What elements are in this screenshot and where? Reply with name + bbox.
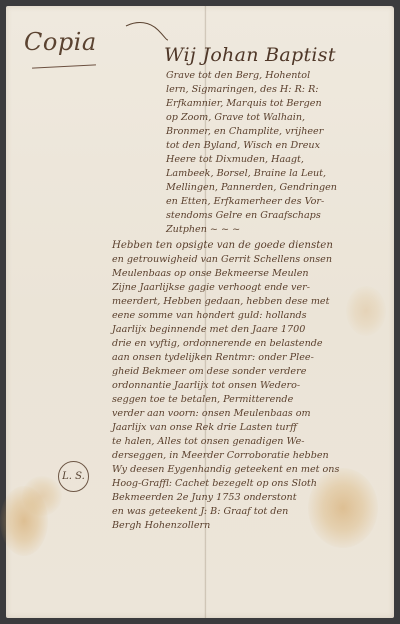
body-line: Jaarlijx beginnende met den Jaare 1700: [112, 325, 305, 335]
body-line: Zijne Jaarlijkse gagie verhoogt ende ver…: [112, 283, 310, 293]
body-line: drie en vyftig, ordonnerende en belasten…: [112, 339, 323, 349]
preamble-line: op Zoom, Grave tot Walhain,: [166, 113, 305, 123]
preamble-line: stendoms Gelre en Graafschaps: [166, 211, 321, 221]
body-line: Jaarlijx van onse Rek drie Lasten turff: [112, 423, 297, 433]
body-line: Hoog-Graffl: Cachet bezegelt op ons Slot…: [112, 479, 317, 489]
stain-mark: [346, 286, 386, 336]
body-line: en was geteekent J: B: Graaf tot den: [112, 507, 288, 517]
stain-mark: [22, 476, 62, 516]
body-line: eene somme van hondert guld: hollands: [112, 311, 307, 321]
body-line: Bekmeerden 2e Juny 1753 onderstont: [112, 493, 297, 503]
preamble-line: Erfkamnier, Marquis tot Bergen: [166, 99, 322, 109]
preamble-line: Bronmer, en Champlite, vrijheer: [166, 127, 323, 137]
flourish-decoration: [124, 20, 170, 42]
body-line: verder aan voorn: onsen Meulenbaas om: [112, 409, 311, 419]
preamble-line: Heere tot Dixmuden, Haagt,: [166, 155, 304, 165]
preamble-line: Lambeek, Borsel, Braine la Leut,: [166, 169, 326, 179]
preamble-line: Zutphen ~ ~ ~: [166, 225, 240, 235]
seal-locus-sigilli: L. S.: [58, 461, 89, 492]
document-page: Copia Wij Johan Baptist Grave tot den Be…: [6, 6, 394, 618]
body-line: Meulenbaas op onse Bekmeerse Meulen: [112, 269, 309, 279]
body-line: Hebben ten opsigte van de goede diensten: [112, 241, 333, 251]
body-line: ordonnantie Jaarlijx tot onsen Wedero-: [112, 381, 300, 391]
preamble-line: en Etten, Erfkamerheer des Vor-: [166, 197, 324, 207]
scan-background: Copia Wij Johan Baptist Grave tot den Be…: [0, 0, 400, 624]
body-line: en getrouwigheid van Gerrit Schellens on…: [112, 255, 332, 265]
body-line: seggen toe te betalen, Permitterende: [112, 395, 293, 405]
preamble-line: lern, Sigmaringen, des H: R: R:: [166, 85, 319, 95]
document-label: Copia: [24, 28, 97, 56]
preamble-line: Mellingen, Pannerden, Gendringen: [166, 183, 337, 193]
body-line: meerdert, Hebben gedaan, hebben dese met: [112, 297, 329, 307]
document-heading: Wij Johan Baptist: [164, 44, 336, 66]
body-line: te halen, Alles tot onsen genadigen We-: [112, 437, 305, 447]
preamble-line: Grave tot den Berg, Hohentol: [166, 71, 310, 81]
body-line: aan onsen tydelijken Rentmr: onder Plee-: [112, 353, 314, 363]
body-line: Bergh Hohenzollern: [112, 521, 210, 531]
preamble-line: tot den Byland, Wisch en Dreux: [166, 141, 320, 151]
label-underline: [32, 64, 96, 68]
body-line: gheid Bekmeer om dese sonder verdere: [112, 367, 306, 377]
body-line: derseggen, in Meerder Corroboratie hebbe…: [112, 451, 329, 461]
body-line: Wy deesen Eygenhandig geteekent en met o…: [112, 465, 339, 475]
stain-mark: [308, 468, 378, 548]
